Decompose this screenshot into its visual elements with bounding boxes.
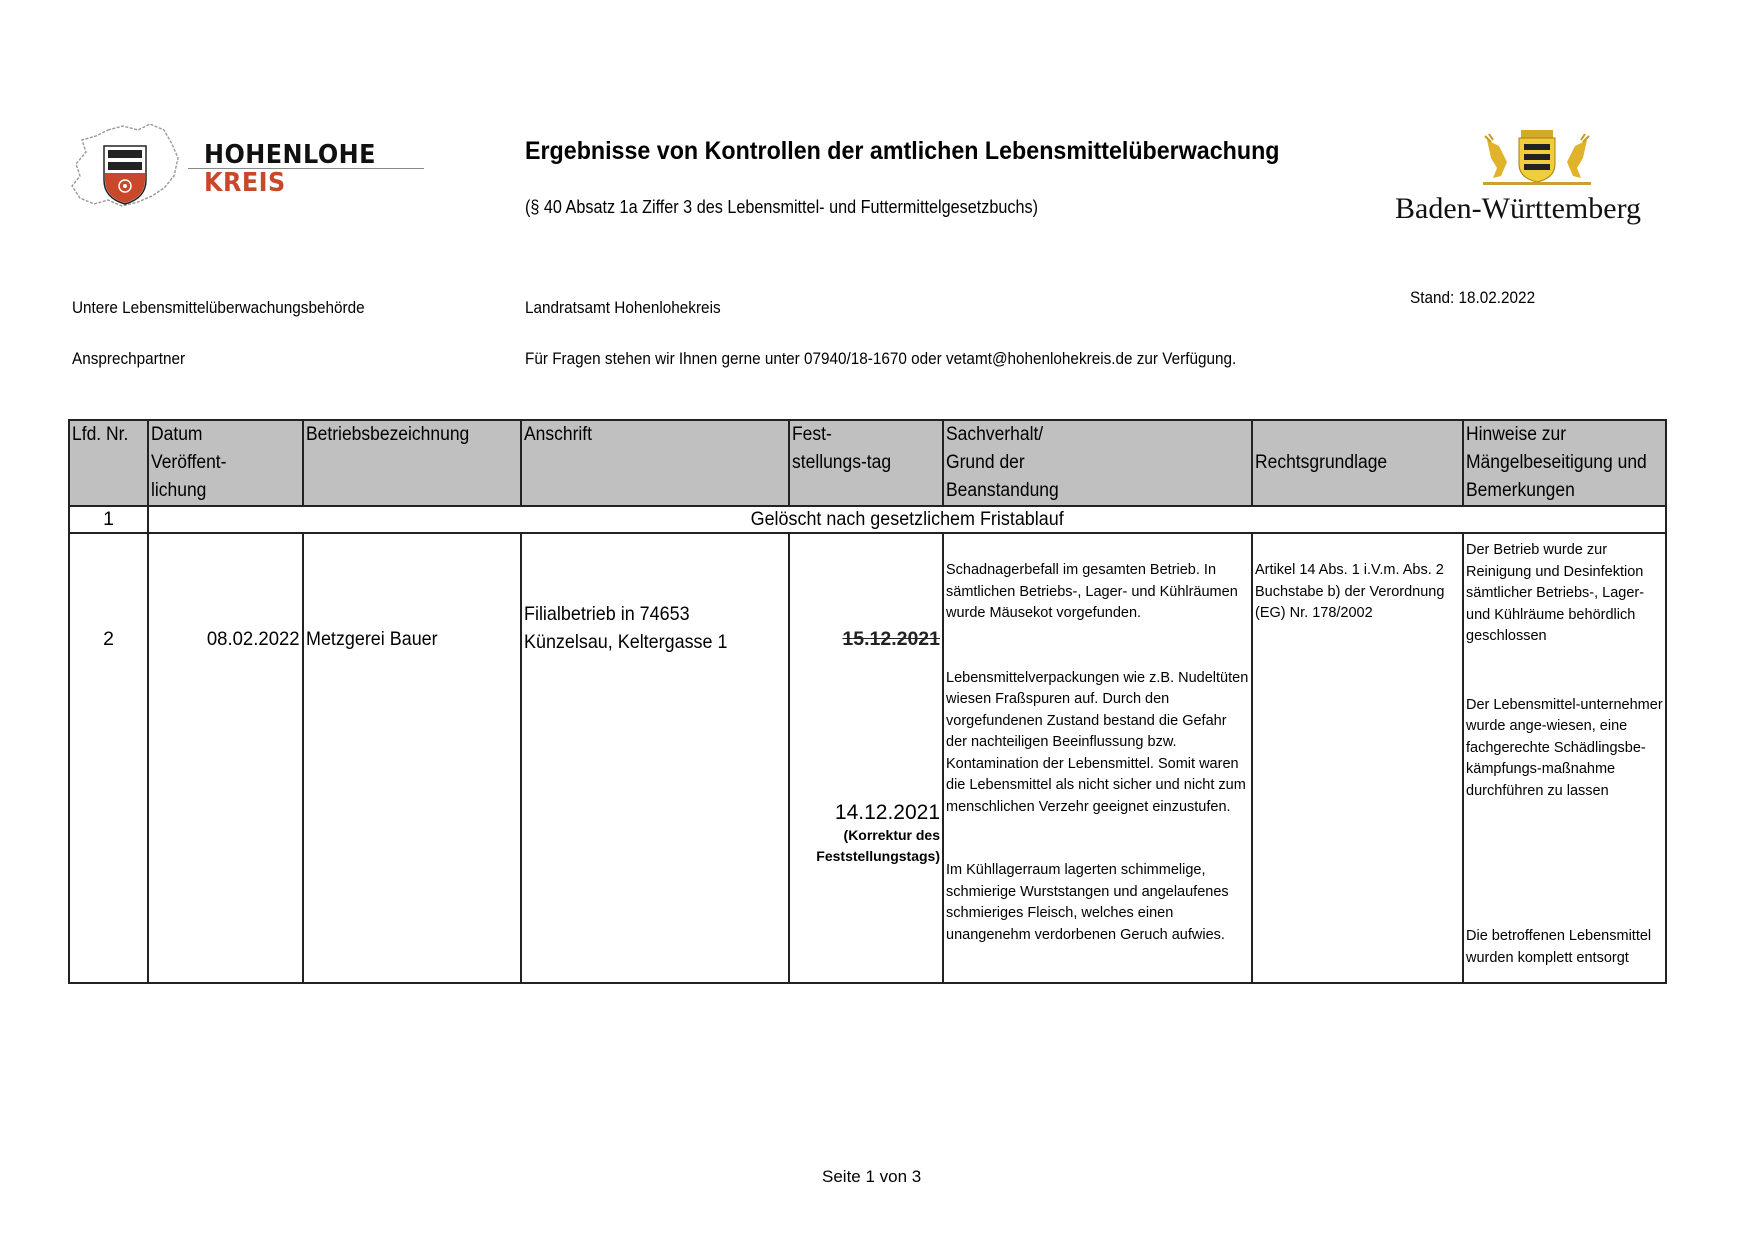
- authority-label: Untere Lebensmittelüberwachungsbehörde: [72, 298, 365, 318]
- col-header-feststellungstag-line1: Fest-: [792, 421, 832, 449]
- col-header-feststellungstag: Fest- stellungs-tag: [789, 420, 943, 506]
- row-2-betrieb-text: Metzgerei Bauer: [306, 628, 438, 651]
- state-coat-of-arms-icon: [1477, 128, 1597, 186]
- hinweise-item-3: Die betroffenen Lebensmittel wurden komp…: [1466, 926, 1663, 969]
- feststellungstag-new: 14.12.2021: [792, 801, 940, 825]
- table-header-row: Lfd. Nr. Datum Veröffent- lichung Betrie…: [69, 420, 1666, 506]
- logo-text-kreis: KREIS: [204, 168, 286, 198]
- coat-of-arms-icon: [104, 146, 146, 204]
- row-2-feststellungstag: 15.12.2021 14.12.2021 (Korrektur des Fes…: [789, 533, 943, 983]
- contact-value: Für Fragen stehen wir Ihnen gerne unter …: [525, 349, 1236, 369]
- row-1-merged-note: Gelöscht nach gesetzlichem Fristablauf: [148, 506, 1666, 533]
- district-map-outline-icon: [68, 118, 188, 218]
- row-2-anschrift: Filialbetrieb in 74653 Künzelsau, Kelter…: [521, 533, 789, 983]
- row-2-hinweise: Der Betrieb wurde zur Reinigung und Desi…: [1463, 533, 1666, 983]
- sachverhalt-item-3: Im Kühllagerraum lagerten schimmelige, s…: [946, 860, 1249, 946]
- authority-value: Landratsamt Hohenlohekreis: [525, 298, 721, 318]
- col-header-sachverhalt-line1: Sachverhalt/: [946, 421, 1043, 449]
- logo-text-hohenlohe: HOHENLOHE: [204, 140, 376, 170]
- row-2-nr: 2: [69, 533, 148, 983]
- page-title: Ergebnisse von Kontrollen der amtlichen …: [525, 137, 1279, 166]
- hinweise-item-2: Der Lebensmittel-unternehmer wurde ange-…: [1466, 695, 1663, 803]
- col-header-rechtsgrundlage-text: Rechtsgrundlage: [1255, 449, 1387, 477]
- col-header-datum: Datum Veröffent- lichung: [148, 420, 303, 506]
- row-2-datum-text: 08.02.2022: [207, 628, 300, 651]
- state-name: Baden-Württemberg: [1395, 192, 1641, 226]
- feststellungstag-note-line2: Feststellungstags): [816, 848, 940, 864]
- row-2-anschrift-line2: Künzelsau, Keltergasse 1: [524, 628, 727, 656]
- row-1-merged-note-text: Gelöscht nach gesetzlichem Fristablauf: [750, 508, 1063, 531]
- col-header-datum-line2: Veröffent-: [151, 449, 226, 477]
- contact-label: Ansprechpartner: [72, 349, 185, 369]
- feststellungstag-old: 15.12.2021: [792, 628, 940, 651]
- col-header-hinweise-line2: Mängelbeseitigung und: [1466, 449, 1647, 477]
- row-1-nr: 1: [69, 506, 148, 533]
- col-header-betrieb: Betriebsbezeichnung: [303, 420, 521, 506]
- table-row: 1 Gelöscht nach gesetzlichem Fristablauf: [69, 506, 1666, 533]
- col-header-sachverhalt: Sachverhalt/ Grund der Beanstandung: [943, 420, 1252, 506]
- row-2-datum: 08.02.2022: [148, 533, 303, 983]
- sachverhalt-item-2: Lebensmittelverpackungen wie z.B. Nudelt…: [946, 668, 1249, 819]
- page-number: Seite 1 von 3: [822, 1167, 921, 1187]
- col-header-nr-text: Lfd. Nr.: [72, 421, 128, 449]
- col-header-datum-line3: lichung: [151, 477, 206, 505]
- row-2-betrieb: Metzgerei Bauer: [303, 533, 521, 983]
- row-2-anschrift-line1: Filialbetrieb in 74653: [524, 600, 690, 628]
- col-header-nr: Lfd. Nr.: [69, 420, 148, 506]
- col-header-anschrift-text: Anschrift: [524, 421, 592, 449]
- feststellungstag-note: (Korrektur des Feststellungstags): [792, 825, 940, 867]
- baden-wuerttemberg-logo: Baden-Württemberg: [1395, 128, 1675, 238]
- col-header-betrieb-text: Betriebsbezeichnung: [306, 421, 469, 449]
- stand-label-text: Stand:: [1410, 288, 1454, 307]
- col-header-rechtsgrundlage: Rechtsgrundlage: [1252, 420, 1463, 506]
- col-header-hinweise-line1: Hinweise zur: [1466, 421, 1566, 449]
- col-header-feststellungstag-line2: stellungs-tag: [792, 449, 891, 477]
- col-header-sachverhalt-line2: Grund der: [946, 449, 1025, 477]
- col-header-sachverhalt-line3: Beanstandung: [946, 477, 1059, 505]
- hinweise-item-1: Der Betrieb wurde zur Reinigung und Desi…: [1466, 540, 1663, 648]
- col-header-anschrift: Anschrift: [521, 420, 789, 506]
- page-subtitle: (§ 40 Absatz 1a Ziffer 3 des Lebensmitte…: [525, 197, 1038, 218]
- col-header-hinweise: Hinweise zur Mängelbeseitigung und Bemer…: [1463, 420, 1666, 506]
- row-2-sachverhalt: Schadnagerbefall im gesamten Betrieb. In…: [943, 533, 1252, 983]
- inspection-results-table: Lfd. Nr. Datum Veröffent- lichung Betrie…: [68, 419, 1667, 984]
- hohenlohekreis-logo: HOHENLOHE KREIS: [68, 118, 424, 218]
- col-header-hinweise-line3: Bemerkungen: [1466, 477, 1575, 505]
- sachverhalt-item-1: Schadnagerbefall im gesamten Betrieb. In…: [946, 560, 1249, 625]
- col-header-datum-line1: Datum: [151, 421, 202, 449]
- stand-label: Stand: 18.02.2022: [1410, 288, 1535, 308]
- table-row: 2 08.02.2022 Metzgerei Bauer Filialbetri…: [69, 533, 1666, 983]
- stand-date: 18.02.2022: [1459, 288, 1536, 307]
- row-2-rechtsgrundlage: Artikel 14 Abs. 1 i.V.m. Abs. 2 Buchstab…: [1252, 533, 1463, 983]
- feststellungstag-note-line1: (Korrektur des: [844, 827, 940, 843]
